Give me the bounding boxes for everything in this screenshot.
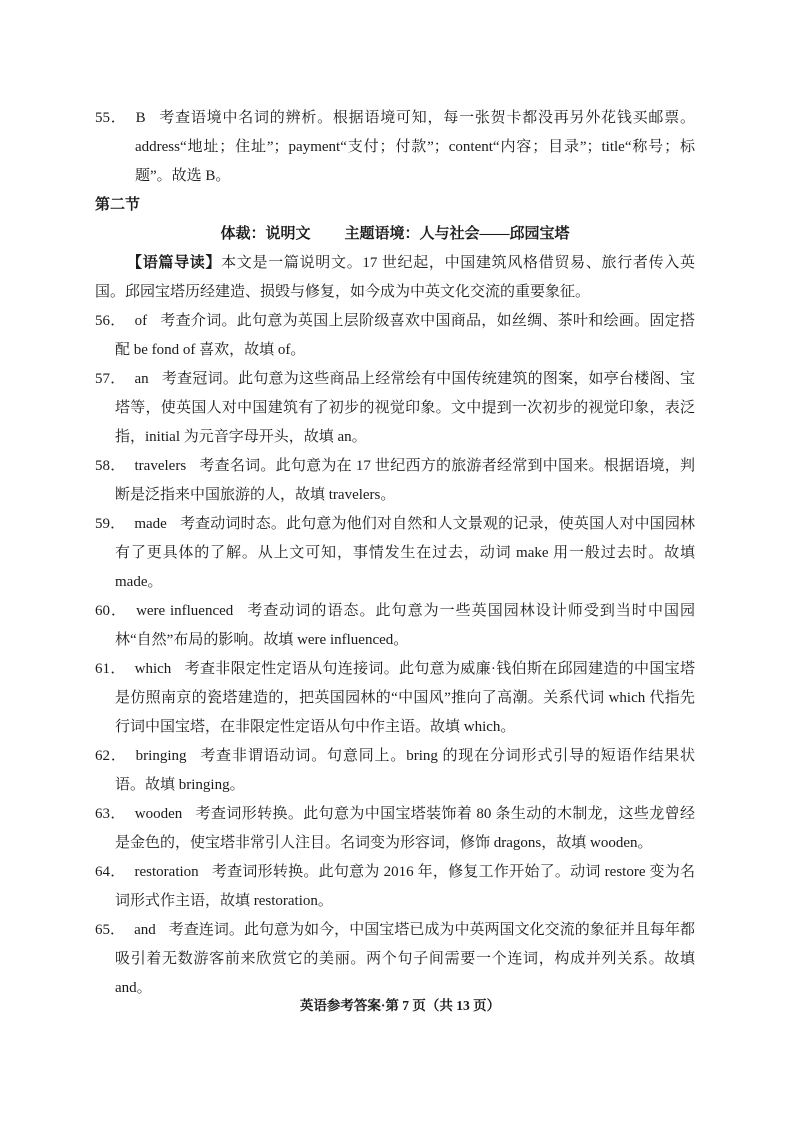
intro-lead: 【语篇导读】	[127, 255, 221, 271]
item-explanation: 考查非谓语动词。句意同上。bring 的现在分词形式引导的短语作结果状语。故填 …	[115, 748, 695, 793]
item-explanation: 考查冠词。此句意为这些商品上经常绘有中国传统建筑的图案，如亭台楼阁、宝塔等，使英…	[115, 371, 695, 445]
item-number: 55．	[95, 110, 127, 126]
item-number: 63．	[95, 806, 126, 822]
section-heading: 第二节	[95, 191, 695, 220]
answer-item-56: 56．of考查介词。此句意为英国上层阶级喜欢中国商品，如丝绸、茶叶和绘画。固定搭…	[95, 307, 695, 365]
item-number: 58．	[95, 458, 126, 474]
content-area: 55．B考查语境中名词的辨析。根据语境可知，每一张贺卡都没再另外花钱买邮票。ad…	[95, 104, 695, 1003]
answer-item-60: 60．were influenced考查动词的语态。此句意为一些英国园林设计师受…	[95, 597, 695, 655]
item-explanation: 考查动词时态。此句意为他们对自然和人文景观的记录，使英国人对中国园林有了更具体的…	[115, 516, 695, 590]
item-answer: which	[135, 661, 172, 677]
answer-item-62: 62．bringing考查非谓语动词。句意同上。bring 的现在分词形式引导的…	[95, 742, 695, 800]
theme-label: 主题语境：人与社会——邱园宝塔	[345, 226, 570, 242]
answer-item-55: 55．B考查语境中名词的辨析。根据语境可知，每一张贺卡都没再另外花钱买邮票。ad…	[95, 104, 695, 191]
item-answer: wooden	[135, 806, 183, 822]
answer-item-59: 59．made考查动词时态。此句意为他们对自然和人文景观的记录，使英国人对中国园…	[95, 510, 695, 597]
answer-item-57: 57．an考查冠词。此句意为这些商品上经常绘有中国传统建筑的图案，如亭台楼阁、宝…	[95, 365, 695, 452]
item-explanation: 考查名词。此句意为在 17 世纪西方的旅游者经常到中国来。根据语境，判断是泛指来…	[115, 458, 695, 503]
item-number: 64．	[95, 864, 126, 880]
item-answer: of	[135, 313, 148, 329]
item-answer: bringing	[136, 748, 187, 764]
item-answer: an	[134, 371, 148, 387]
item-explanation: 考查词形转换。此句意为中国宝塔装饰着 80 条生动的木制龙，这些龙曾经是金色的，…	[115, 806, 695, 851]
item-answer: B	[136, 110, 146, 126]
item-explanation: 考查词形转换。此句意为 2016 年，修复工作开始了。动词 restore 变为…	[115, 864, 695, 909]
item-number: 59．	[95, 516, 125, 532]
item-explanation: 考查语境中名词的辨析。根据语境可知，每一张贺卡都没再另外花钱买邮票。addres…	[135, 110, 695, 184]
item-number: 57．	[95, 371, 125, 387]
answer-item-61: 61．which考查非限定性定语从句连接词。此句意为威廉·钱伯斯在邱园建造的中国…	[95, 655, 695, 742]
item-explanation: 考查非限定性定语从句连接词。此句意为威廉·钱伯斯在邱园建造的中国宝塔是仿照南京的…	[115, 661, 695, 735]
answer-item-58: 58．travelers考查名词。此句意为在 17 世纪西方的旅游者经常到中国来…	[95, 452, 695, 510]
item-number: 61．	[95, 661, 126, 677]
item-number: 56．	[95, 313, 126, 329]
item-answer: restoration	[135, 864, 199, 880]
page-footer: 英语参考答案·第 7 页（共 13 页）	[0, 994, 800, 1014]
answer-item-65: 65．and考查连词。此句意为如今，中国宝塔已成为中英两国文化交流的象征并且每年…	[95, 916, 695, 1003]
item-answer: made	[134, 516, 166, 532]
answer-item-63: 63．wooden考查词形转换。此句意为中国宝塔装饰着 80 条生动的木制龙，这…	[95, 800, 695, 858]
passage-header: 体裁：说明文主题语境：人与社会——邱园宝塔	[95, 220, 695, 249]
item-number: 62．	[95, 748, 127, 764]
item-explanation: 考查介词。此句意为英国上层阶级喜欢中国商品，如丝绸、茶叶和绘画。固定搭配 be …	[115, 313, 695, 358]
item-explanation: 考查连词。此句意为如今，中国宝塔已成为中英两国文化交流的象征并且每年都吸引着无数…	[115, 922, 695, 996]
answer-sheet-page: 55．B考查语境中名词的辨析。根据语境可知，每一张贺卡都没再另外花钱买邮票。ad…	[0, 0, 800, 1131]
answer-item-64: 64．restoration考查词形转换。此句意为 2016 年，修复工作开始了…	[95, 858, 695, 916]
item-number: 65．	[95, 922, 125, 938]
passage-intro: 【语篇导读】本文是一篇说明文。17 世纪起，中国建筑风格借贸易、旅行者传入英国。…	[95, 249, 695, 307]
genre-label: 体裁：说明文	[220, 226, 310, 242]
item-number: 60．	[95, 603, 127, 619]
item-answer: were influenced	[136, 603, 233, 619]
item-answer: and	[134, 922, 156, 938]
item-answer: travelers	[135, 458, 187, 474]
